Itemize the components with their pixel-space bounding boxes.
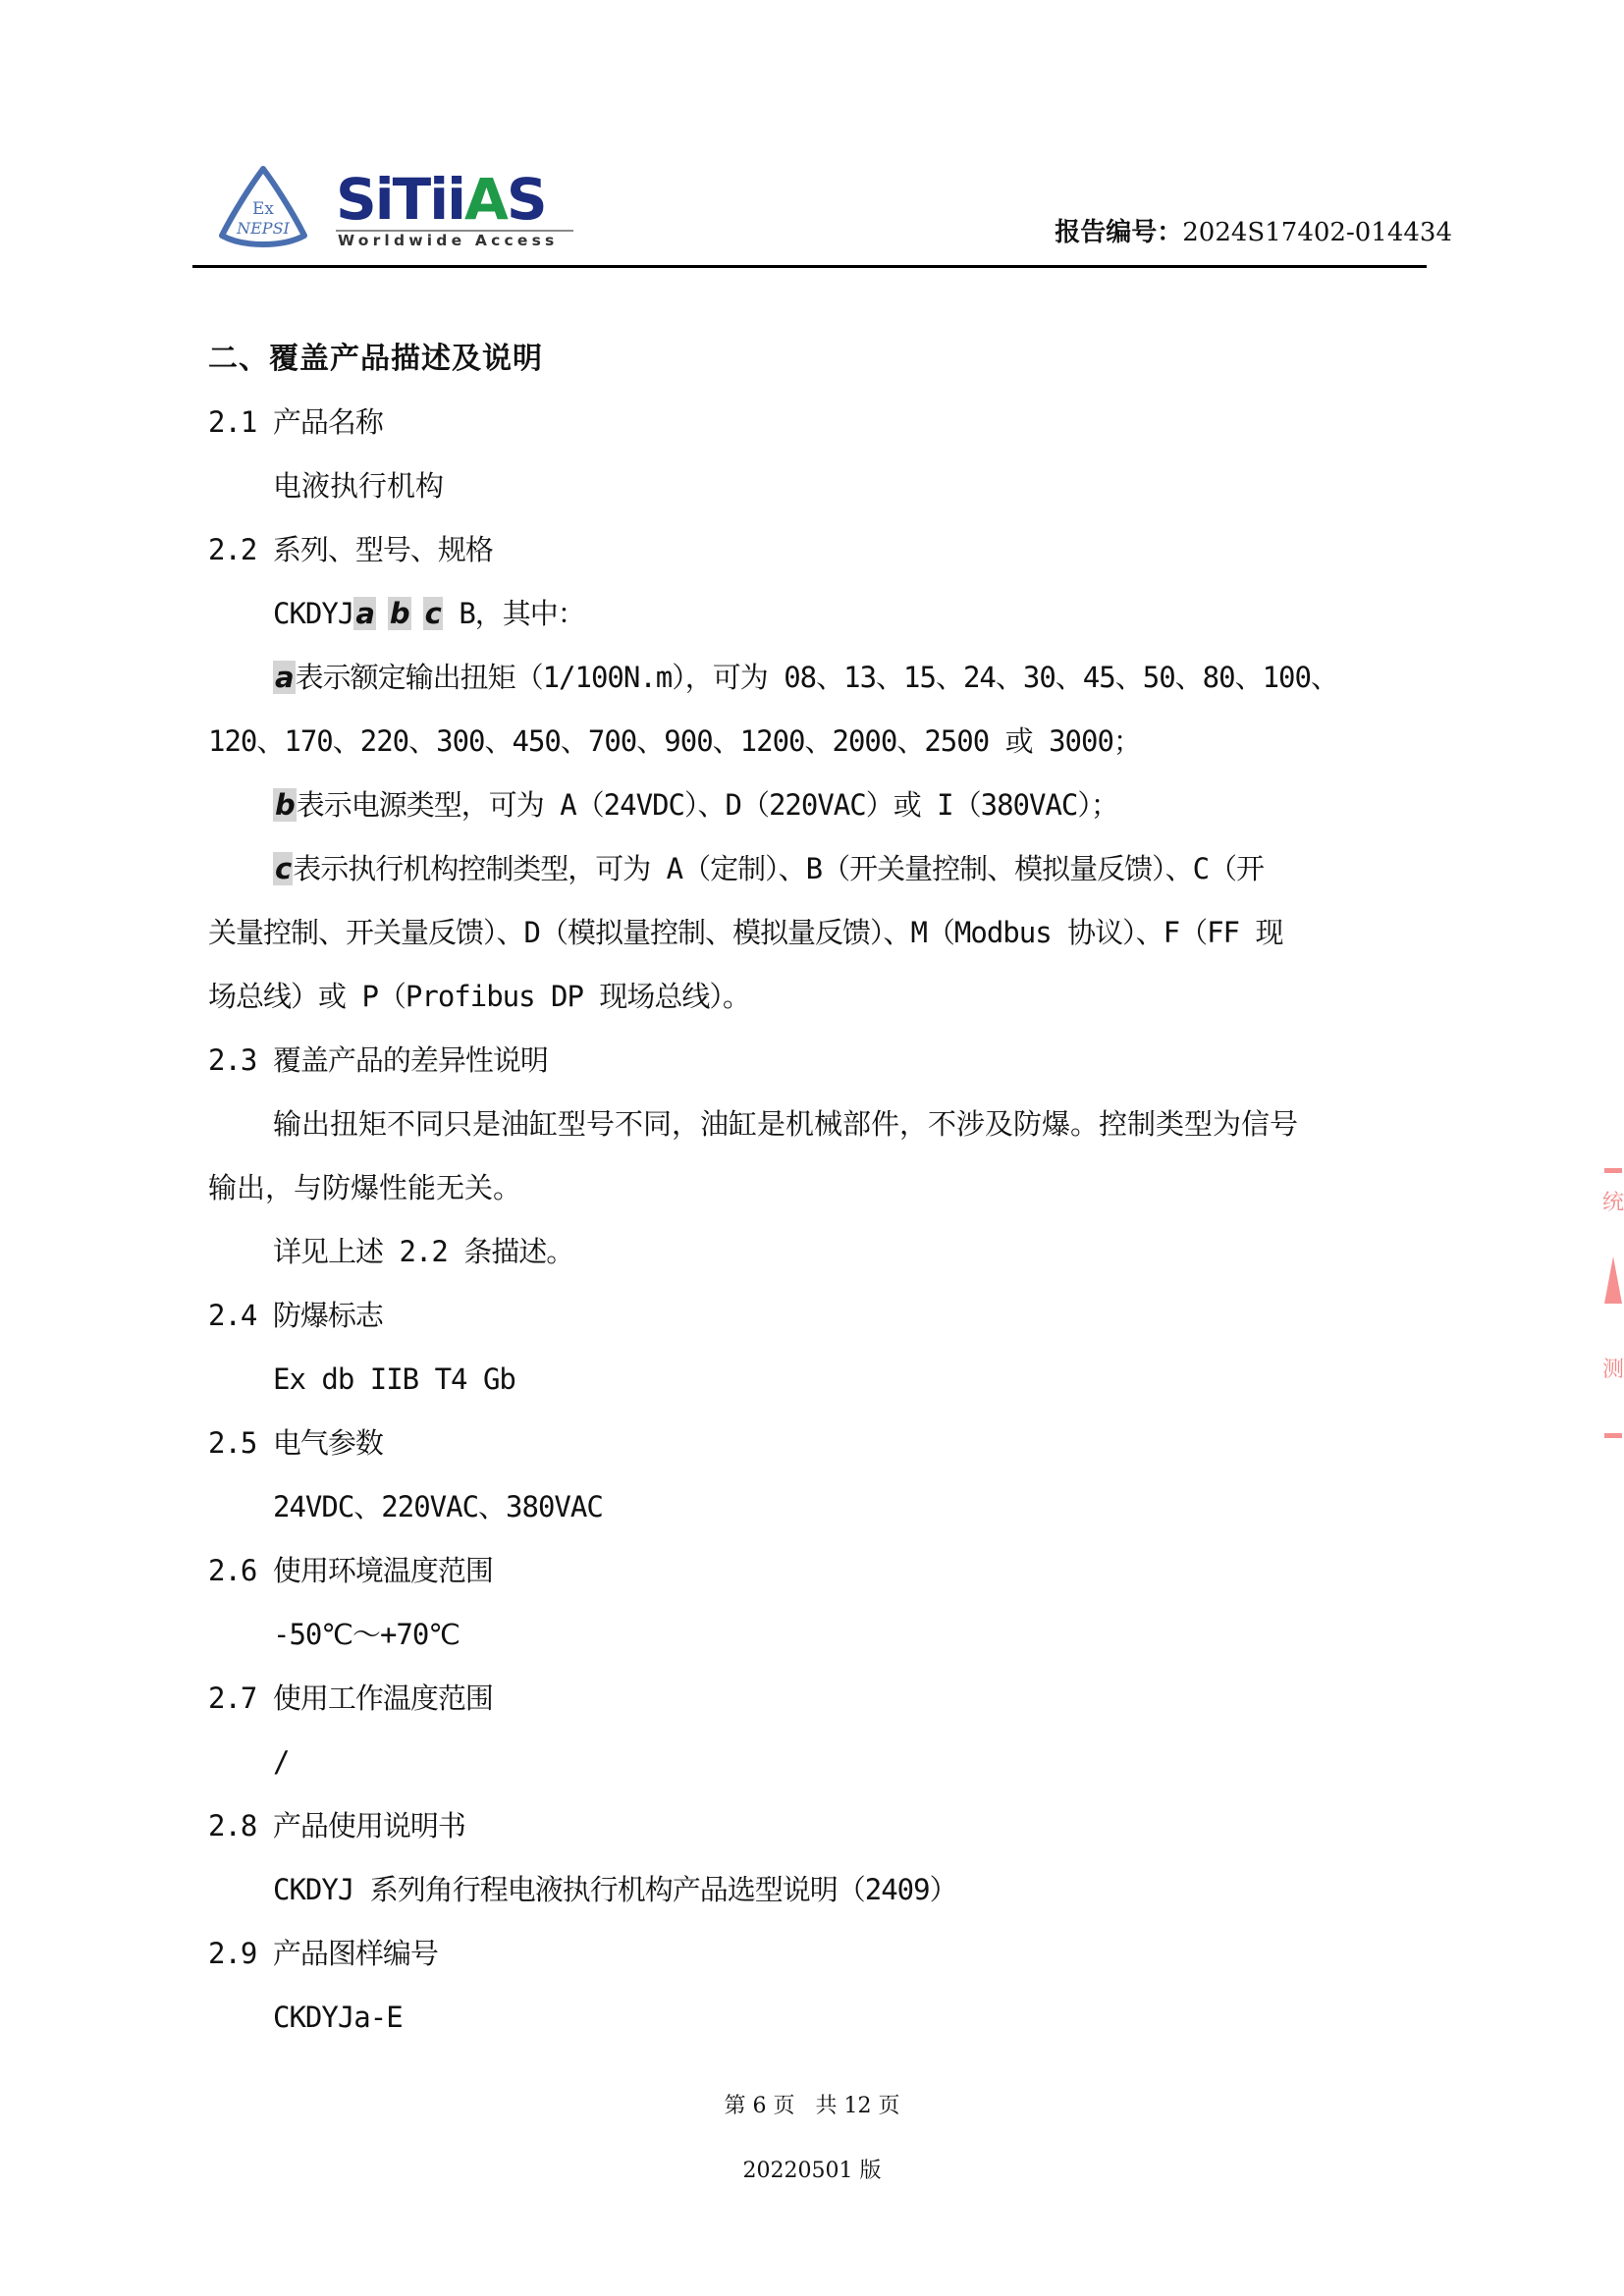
- logo-tagline: Worldwide Access: [338, 232, 558, 249]
- electrical-params: 24VDC、220VAC、380VAC: [273, 1487, 603, 1526]
- heading-2-1: 2.1 产品名称: [208, 402, 383, 442]
- difference-text-line3: 详见上述 2.2 条描述。: [273, 1232, 573, 1271]
- heading-2-7: 2.7 使用工作温度范围: [208, 1679, 493, 1718]
- variable-a-description: a表示额定输出扭矩（1/100N.m），可为 08、13、15、24、30、45…: [273, 658, 1338, 697]
- variable-b-description: b表示电源类型，可为 A（24VDC）、D（220VAC）或 I（380VAC）…: [273, 785, 1118, 825]
- section-title: 二、覆盖产品描述及说明: [208, 340, 543, 379]
- variable-b-marker: b: [273, 788, 297, 822]
- ex-marking: Ex db IIB T4 Gb: [273, 1360, 515, 1399]
- ambient-temp-range: -50℃～+70℃: [273, 1615, 460, 1654]
- heading-2-3: 2.3 覆盖产品的差异性说明: [208, 1041, 548, 1080]
- stamp-char-bottom: 测: [1602, 1353, 1624, 1383]
- report-number-value: 2024S17402-014434: [1182, 218, 1452, 247]
- nepsi-logo: Ex NEPSI: [214, 163, 312, 251]
- a-text-line2: 120、170、220、300、450、700、900、1200、2000、25…: [208, 721, 1141, 761]
- difference-text-line1: 输出扭矩不同只是油缸型号不同，油缸是机械部件，不涉及防爆。控制类型为信号: [273, 1104, 1298, 1144]
- model-format: CKDYJabc B，其中：: [273, 594, 585, 633]
- heading-2-2: 2.2 系列、型号、规格: [208, 530, 493, 569]
- variable-a-marker: a: [273, 661, 296, 694]
- variable-c-description: c表示执行机构控制类型，可为 A（定制）、B（开关量控制、模拟量反馈）、C（开: [273, 849, 1264, 888]
- page-number: 第 6 页 共 12 页: [0, 2089, 1624, 2119]
- b-text: 表示电源类型，可为 A（24VDC）、D（220VAC）或 I（380VAC）；: [297, 788, 1118, 822]
- a-text-line1: 表示额定输出扭矩（1/100N.m），可为 08、13、15、24、30、45、…: [296, 661, 1338, 694]
- product-name: 电液执行机构: [273, 466, 444, 506]
- stamp-char-top: 统: [1602, 1186, 1624, 1216]
- drawing-number: CKDYJa-E: [273, 1998, 403, 2037]
- model-suffix: B，其中：: [443, 597, 585, 630]
- stamp-bar-bottom: [1604, 1433, 1622, 1438]
- svg-text:Ex: Ex: [252, 199, 274, 219]
- variable-a: a: [353, 597, 376, 630]
- heading-2-8: 2.8 产品使用说明书: [208, 1806, 465, 1845]
- manual-name: CKDYJ 系列角行程电液执行机构产品选型说明（2409）: [273, 1870, 957, 1909]
- header-divider: [192, 265, 1427, 268]
- variable-b: b: [388, 597, 411, 630]
- side-seal-stamp: 统 测: [1598, 1168, 1624, 1453]
- heading-2-5: 2.5 电气参数: [208, 1423, 383, 1463]
- variable-c: c: [423, 597, 443, 630]
- difference-text-line2: 输出，与防爆性能无关。: [208, 1168, 521, 1207]
- sitiias-logo: SiTiiAS Worldwide Access: [336, 165, 573, 251]
- report-number-label: 报告编号：: [1055, 218, 1182, 247]
- c-text-line3: 场总线）或 P（Profibus DP 现场总线）。: [208, 977, 750, 1016]
- stamp-bar-top: [1604, 1168, 1622, 1173]
- heading-2-4: 2.4 防爆标志: [208, 1296, 383, 1335]
- stamp-arrow-icon: [1604, 1256, 1622, 1304]
- heading-2-6: 2.6 使用环境温度范围: [208, 1551, 493, 1590]
- working-temp-range: /: [273, 1742, 289, 1782]
- version-label: 20220501 版: [0, 2154, 1624, 2184]
- variable-c-marker: c: [273, 852, 293, 885]
- sitiias-wordmark: SiTiiAS: [336, 165, 546, 234]
- c-text-line1: 表示执行机构控制类型，可为 A（定制）、B（开关量控制、模拟量反馈）、C（开: [293, 852, 1264, 885]
- svg-text:NEPSI: NEPSI: [236, 219, 290, 238]
- c-text-line2: 关量控制、开关量反馈）、D（模拟量控制、模拟量反馈）、M（Modbus 协议）、…: [208, 913, 1282, 952]
- heading-2-9: 2.9 产品图样编号: [208, 1934, 438, 1973]
- model-prefix: CKDYJ: [273, 597, 353, 630]
- report-number: 报告编号：2024S17402-014434: [1055, 212, 1452, 248]
- nepsi-shield-icon: Ex NEPSI: [214, 163, 312, 251]
